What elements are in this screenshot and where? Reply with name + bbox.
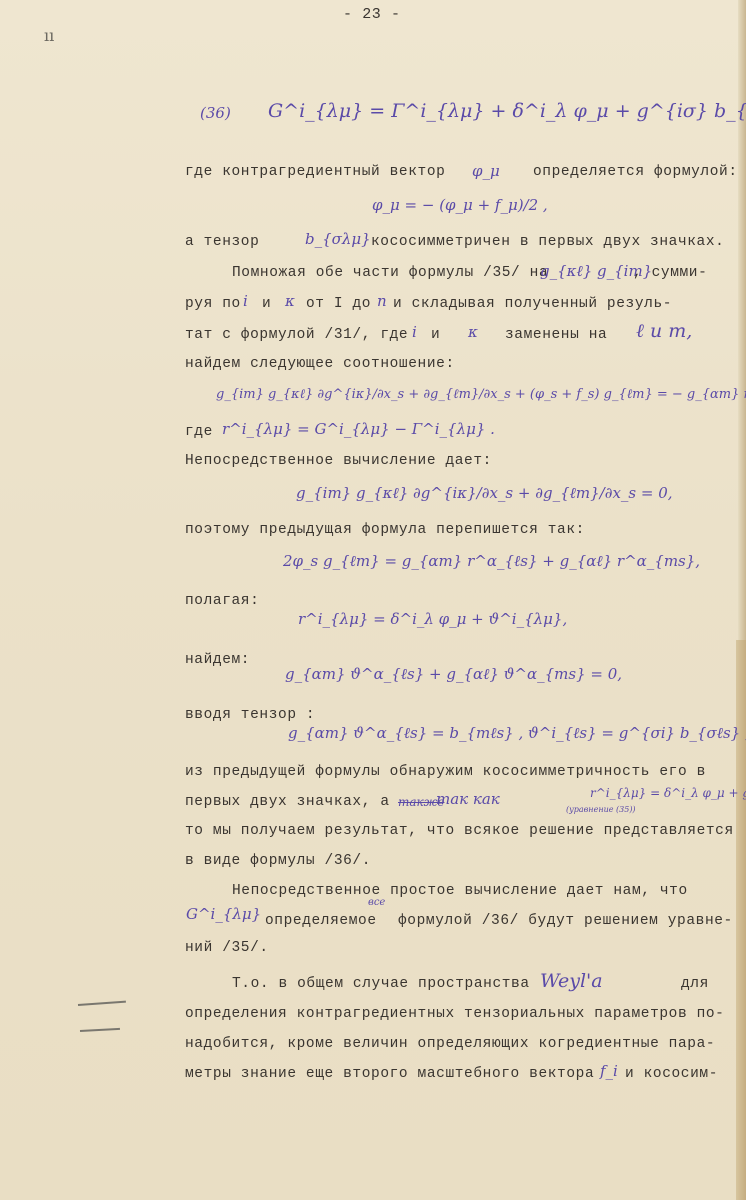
text-line: надобится, кроме величин определяющих ко… <box>185 1036 715 1052</box>
text-line: и <box>262 296 271 312</box>
ink-name: Weyl'a <box>540 970 603 992</box>
ink-formula: φ_μ <box>472 162 500 180</box>
text-line: определяется формулой: <box>533 164 738 180</box>
text-line: Непосредственное вычисление дает: <box>185 453 492 469</box>
ink-index: n <box>377 292 387 310</box>
text-line: где контрагредиентный вектор <box>185 164 445 180</box>
text-line: ний /35/. <box>185 940 269 956</box>
formula-tensor: g_{αm} ϑ^α_{ℓs} = b_{mℓs} , ϑ^i_{ℓs} = g… <box>288 724 746 743</box>
text-line: Непосредственное простое вычисление дает… <box>232 883 688 899</box>
text-line: определения контрагредиентных тензориаль… <box>185 1006 724 1022</box>
ink-formula: r^i_{λμ} = G^i_{λμ} − Γ^i_{λμ} . <box>222 420 495 438</box>
ink-index: ℓ и m, <box>636 320 692 343</box>
ink-index: i <box>243 292 248 310</box>
text-line: кососимметричен в первых двух значках. <box>371 234 724 250</box>
text-line: для <box>681 976 709 992</box>
text-line: то мы получаем результат, что всякое реш… <box>185 823 734 839</box>
pencil-mark: ıı <box>44 26 54 45</box>
page-number: - 23 - <box>343 6 401 23</box>
text-line: где <box>185 424 213 440</box>
ink-note: все <box>368 897 385 908</box>
text-line: найдем следующее соотношение: <box>185 356 455 372</box>
formula-theta: g_{αm} ϑ^α_{ℓs} + g_{αℓ} ϑ^α_{ms} = 0, <box>285 665 622 684</box>
ink-formula: b_{σλμ} <box>305 230 371 248</box>
text-line: тат с формулой /31/, где <box>185 327 408 343</box>
formula-identity: g_{im} g_{κℓ} ∂g^{iκ}/∂x_s + ∂g_{ℓm}/∂x_… <box>296 484 673 503</box>
text-line: и <box>431 327 440 343</box>
text-line: руя по <box>185 296 241 312</box>
text-line: найдем: <box>185 652 250 668</box>
ink-vector: f_i <box>600 1062 618 1080</box>
text-line: , сумми- <box>633 265 707 281</box>
ink-index: κ <box>468 323 478 341</box>
formula-label-36: (36) <box>200 104 231 122</box>
text-line: определяемое <box>265 913 377 929</box>
formula-long: g_{im} g_{κℓ} ∂g^{iκ}/∂x_s + ∂g_{ℓm}/∂x_… <box>216 386 746 402</box>
text-line: из предыдущей формулы обнаружим кососимм… <box>185 764 706 780</box>
text-line: поэтому предыдущая формула перепишется т… <box>185 522 585 538</box>
ink-formula: r^i_{λμ} = δ^i_λ φ_μ + g^{σi} b_{σλμ} <box>590 786 746 800</box>
formula-phi: φ_μ = − (φ_μ + f_μ)/2 , <box>372 196 548 214</box>
text-line: в виде формулы /36/. <box>185 853 371 869</box>
text-line: Помножая обе части формулы /35/ на <box>232 265 548 281</box>
text-line: формулой /36/ будут решением уравне- <box>398 913 733 929</box>
text-line: а тензор <box>185 234 259 250</box>
formula-36: G^i_{λμ} = Γ^i_{λμ} + δ^i_λ φ_μ + g^{iσ}… <box>268 100 746 122</box>
text-line: метры знание еще второго масштебного век… <box>185 1066 594 1082</box>
text-line: и складывая полученный резуль- <box>393 296 672 312</box>
text-line: вводя тензор : <box>185 707 315 723</box>
formula-substitution: r^i_{λμ} = δ^i_λ φ_μ + ϑ^i_{λμ}, <box>298 610 567 628</box>
text-line: заменены на <box>505 327 607 343</box>
ink-index: κ <box>285 292 295 310</box>
formula-rewritten: 2φ_s g_{ℓm} = g_{αm} r^α_{ℓs} + g_{αℓ} r… <box>283 552 700 571</box>
text-line: первых двух значках, а <box>185 794 390 810</box>
text-line: от I до <box>306 296 371 312</box>
text-line: полагая: <box>185 593 259 609</box>
ink-insert: так как <box>436 790 500 808</box>
ink-formula: G^i_{λμ} <box>186 905 261 923</box>
ink-note: (уравнение (35)) <box>566 805 636 814</box>
text-line: и кососим- <box>625 1066 718 1082</box>
text-line: Т.о. в общем случае пространства <box>232 976 530 992</box>
ink-index: i <box>412 323 417 341</box>
